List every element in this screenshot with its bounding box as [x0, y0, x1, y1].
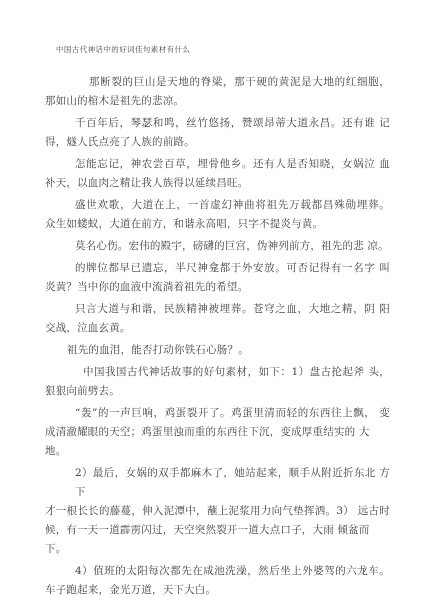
text-line: 2）最后，女娲的双手都麻木了，她站起来，顺手从附近折东北 方下	[45, 464, 390, 502]
text-line: 炎黄？当中你的血液中流淌着祖先的希望。	[45, 278, 390, 297]
text-line: 众生如蝼蚁，大道在前方，和谐永高唱，只字不提炎与黄。	[45, 215, 390, 234]
text-line: 怎能忘记，神农尝百草，埋骨他乡。还有人是否知晓，女娲泣 血	[45, 155, 390, 174]
paragraph: 只言大道与和谐，民族精神被埋葬。苍穹之血，大地之精，阴 阳交战，泣血玄黄。	[45, 300, 390, 338]
document-body: 那断裂的巨山是天地的脊梁，那干硬的黄泥是大地的红细胞，那如山的棺木是祖先的悲凉。…	[45, 73, 390, 600]
text-line: 那断裂的巨山是天地的脊梁，那干硬的黄泥是大地的红细胞，	[45, 73, 390, 92]
text-line: 车子跑起来，金光万道，天下大白。	[45, 581, 390, 600]
paragraph: 怎能忘记，神农尝百草，埋骨他乡。还有人是否知晓，女娲泣 血补天，以血肉之精让我人…	[45, 155, 390, 193]
text-line: 狠狠向前劈去。	[45, 382, 390, 401]
text-line: 4）值班的太阳每次都先在咸池洗澡，然后坐上外婆驾的六龙车。	[45, 562, 390, 581]
text-line: 得，燧人氏点亮了人族的前路。	[45, 133, 390, 152]
text-line: 中国我国古代神话故事的好句素材，如下：1）盘古抡起斧 头，	[45, 363, 390, 382]
text-line: 补天，以血肉之精让我人族得以延续昌旺。	[45, 174, 390, 193]
text-line: 盛世欢歌，大道在上，一首虚幻神曲将祖先万载都昌殊勋埋葬。	[45, 196, 390, 215]
paragraph: 那断裂的巨山是天地的脊梁，那干硬的黄泥是大地的红细胞，那如山的棺木是祖先的悲凉。	[45, 73, 390, 111]
paragraph: 千百年后，琴瑟和鸣，丝竹悠扬，赞颂昂蒂大道永昌。还有谁 记得，燧人氏点亮了人族的…	[45, 114, 390, 152]
paragraph: “轰”的一声巨响，鸡蛋裂开了。鸡蛋里清而轻的东西往上飘， 变成清澈耀眼的天空；鸡…	[45, 404, 390, 461]
text-line: 的牌位都早已遗忘，半尺神龛都于外安放。可否记得有一名字 叫	[45, 259, 390, 278]
text-line: 成清澈耀眼的天空；鸡蛋里浊而重的东西往下沉，变成厚重结实的 大地。	[45, 423, 390, 461]
paragraph: 中国我国古代神话故事的好句素材，如下：1）盘古抡起斧 头，狠狠向前劈去。	[45, 363, 390, 401]
text-line: 才一根长长的藤蔓，伸入泥潭中，蘸上泥浆用力向气垫挥洒。3） 远古时	[45, 502, 390, 521]
text-line: 千百年后，琴瑟和鸣，丝竹悠扬，赞颂昂蒂大道永昌。还有谁 记	[45, 114, 390, 133]
document-title: 中国古代神话中的好词佳句素材有什么	[56, 44, 390, 56]
text-line: “轰”的一声巨响，鸡蛋裂开了。鸡蛋里清而轻的东西往上飘， 变	[45, 404, 390, 423]
text-line: 那如山的棺木是祖先的悲凉。	[45, 92, 390, 111]
paragraph: 的牌位都早已遗忘，半尺神龛都于外安放。可否记得有一名字 叫炎黄？当中你的血液中流…	[45, 259, 390, 297]
text-line: 祖先的血泪，能否打动你铁石心肠？。	[45, 341, 390, 360]
paragraph: 盛世欢歌，大道在上，一首虚幻神曲将祖先万载都昌殊勋埋葬。众生如蝼蚁，大道在前方，…	[45, 196, 390, 234]
text-line: 候，有一天一道霹雳闪过，天空突然裂开一道大点口子，大雨 倾盆而下。	[45, 521, 390, 559]
document-page: { "document": { "title": "中国古代神话中的好词佳句素材…	[0, 0, 424, 600]
text-line: 莫名心伤。宏伟的殿宇，磅礴的巨宫，伪神列前方，祖先的悲 凉。	[45, 237, 390, 256]
paragraph: 祖先的血泪，能否打动你铁石心肠？。	[45, 341, 390, 360]
paragraph: 2）最后，女娲的双手都麻木了，她站起来，顺手从附近折东北 方下才一根长长的藤蔓，…	[45, 464, 390, 559]
page: 中国古代神话中的好词佳句素材有什么 那断裂的巨山是天地的脊梁，那干硬的黄泥是大地…	[0, 0, 424, 600]
text-line: 交战，泣血玄黄。	[45, 319, 390, 338]
paragraph: 莫名心伤。宏伟的殿宇，磅礴的巨宫，伪神列前方，祖先的悲 凉。	[45, 237, 390, 256]
text-line: 只言大道与和谐，民族精神被埋葬。苍穹之血，大地之精，阴 阳	[45, 300, 390, 319]
paragraph: 4）值班的太阳每次都先在咸池洗澡，然后坐上外婆驾的六龙车。车子跑起来，金光万道，…	[45, 562, 390, 600]
